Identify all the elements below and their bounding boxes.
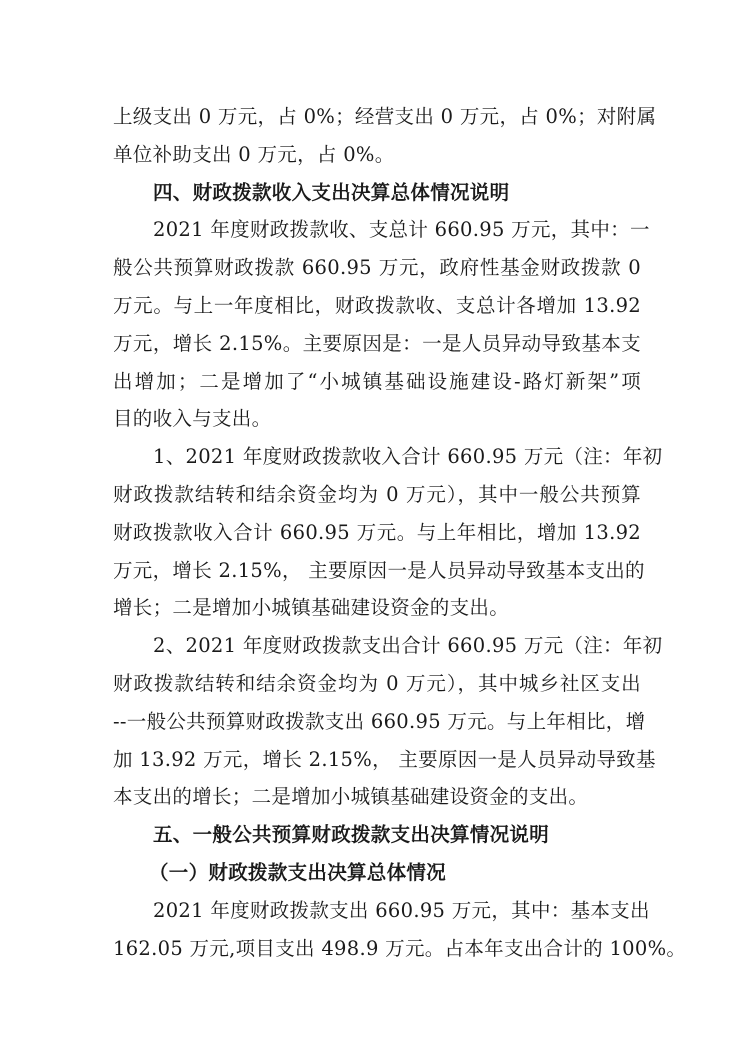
text-line: 出增加；二是增加了“小城镇基础设施建设-路灯新架”项: [113, 363, 641, 401]
text-line: 加 13.92 万元，增长 2.15%， 主要原因一是人员异动导致基: [113, 741, 641, 779]
text-line: 本支出的增长；二是增加小城镇基础建设资金的支出。: [113, 778, 641, 816]
text-line: 单位补助支出 0 万元，占 0%。: [113, 136, 641, 174]
text-line: 万元，增长 2.15%。主要原因是：一是人员异动导致基本支: [113, 325, 641, 363]
text-line: 万元。与上一年度相比，财政拨款收、支总计各增加 13.92: [113, 287, 641, 325]
text-line: 万元，增长 2.15%， 主要原因一是人员异动导致基本支出的: [113, 552, 641, 590]
text-line: 财政拨款结转和结余资金均为 0 万元），其中城乡社区支出: [113, 665, 641, 703]
text-line: 1、2021 年度财政拨款收入合计 660.95 万元（注：年初: [113, 438, 641, 476]
text-line: 2021 年度财政拨款支出 660.95 万元，其中：基本支出: [113, 892, 641, 930]
text-line: --一般公共预算财政拨款支出 660.95 万元。与上年相比，增: [113, 703, 641, 741]
text-line: 2、2021 年度财政拨款支出合计 660.95 万元（注：年初: [113, 627, 641, 665]
subsection-heading-1: （一）财政拨款支出决算总体情况: [113, 854, 641, 892]
text-line: 增长；二是增加小城镇基础建设资金的支出。: [113, 589, 641, 627]
section-heading-4: 四、财政拨款收入支出决算总体情况说明: [113, 174, 641, 212]
text-line: 162.05 万元,项目支出 498.9 万元。占本年支出合计的 100%。: [113, 930, 641, 968]
text-line: 财政拨款结转和结余资金均为 0 万元），其中一般公共预算: [113, 476, 641, 514]
text-line: 财政拨款收入合计 660.95 万元。与上年相比，增加 13.92: [113, 514, 641, 552]
text-line: 2021 年度财政拨款收、支总计 660.95 万元，其中：一: [113, 211, 641, 249]
section-heading-5: 五、一般公共预算财政拨款支出决算情况说明: [113, 816, 641, 854]
text-line: 上级支出 0 万元，占 0%；经营支出 0 万元，占 0%；对附属: [113, 98, 641, 136]
text-line: 般公共预算财政拨款 660.95 万元，政府性基金财政拨款 0: [113, 249, 641, 287]
document-page: 上级支出 0 万元，占 0%；经营支出 0 万元，占 0%；对附属 单位补助支出…: [113, 98, 641, 967]
text-line: 目的收入与支出。: [113, 400, 641, 438]
